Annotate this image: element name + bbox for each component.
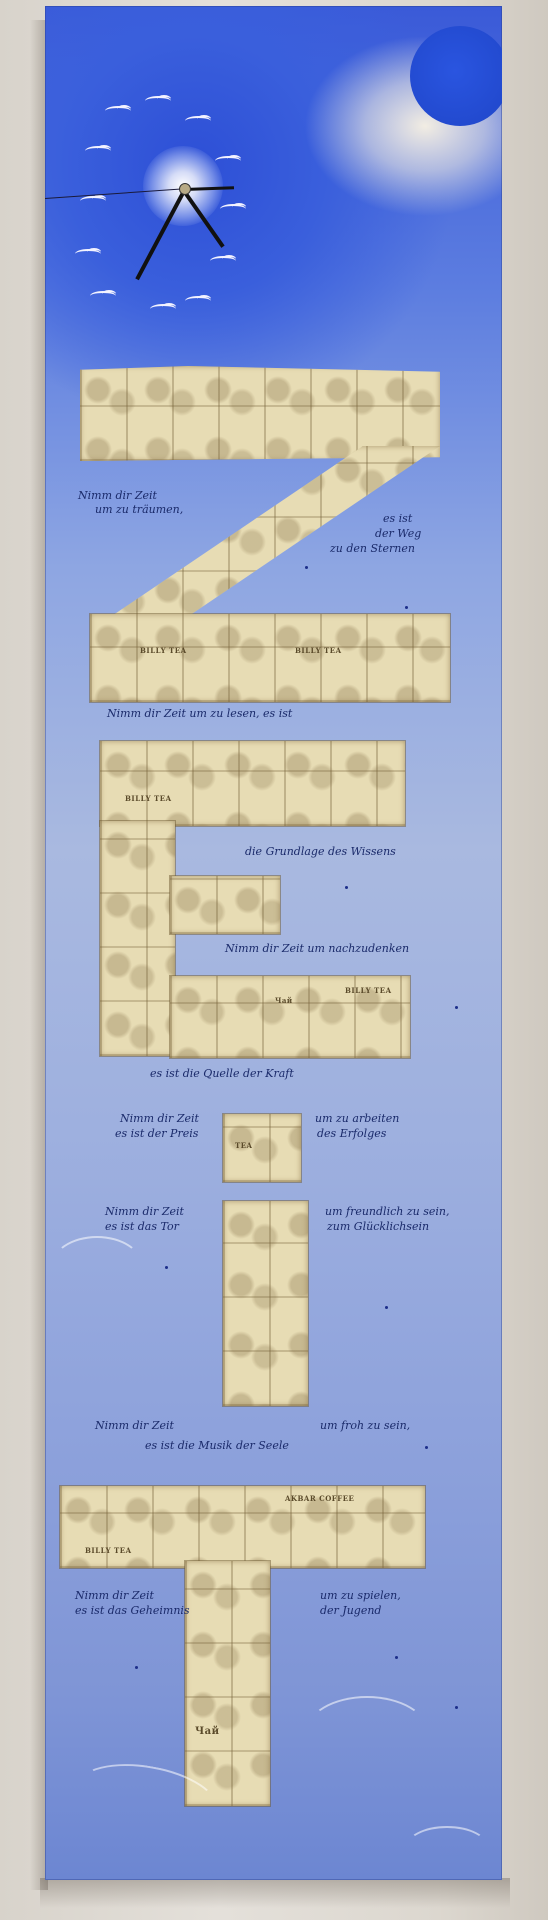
- clock-hub: [179, 183, 191, 195]
- collage-label: Чай: [195, 1726, 220, 1737]
- verse-line: um freundlich zu sein,: [325, 1204, 449, 1219]
- verse-line: Nimm dir Zeit: [95, 1418, 174, 1433]
- swirl-decoration: [305, 1696, 429, 1770]
- letter-i-stem: [223, 1201, 308, 1406]
- verse-line: um zu träumen,: [95, 502, 183, 517]
- verse-line: Nimm dir Zeit: [75, 1588, 154, 1603]
- ink-speck: [425, 1446, 428, 1449]
- letter-e-middle: [170, 876, 280, 934]
- ink-speck: [345, 886, 348, 889]
- collage-label: BILLY TEA: [125, 794, 172, 803]
- verse-line: Nimm dir Zeit: [78, 488, 157, 503]
- verse-line: es ist die Musik der Seele: [145, 1438, 289, 1453]
- ink-speck: [305, 566, 308, 569]
- verse-line: es ist das Tor: [105, 1219, 179, 1234]
- bird-icon: [210, 256, 236, 266]
- collage-label: BILLY TEA: [295, 646, 342, 655]
- verse-line: Nimm dir Zeit um zu lesen, es ist: [107, 706, 292, 721]
- collage-label: BILLY TEA: [85, 1546, 132, 1555]
- letter-e-spine: [100, 821, 175, 1056]
- swirl-decoration: [405, 1826, 489, 1870]
- ink-speck: [405, 606, 408, 609]
- verse-line: des Erfolges: [317, 1126, 386, 1141]
- bird-icon: [85, 146, 111, 156]
- bird-icon: [90, 291, 116, 301]
- verse-line: um zu spielen,: [320, 1588, 401, 1603]
- letter-z-bottom: [90, 614, 450, 702]
- bird-icon: [150, 304, 176, 314]
- letter-t-bar: [60, 1486, 425, 1568]
- bird-icon: [75, 249, 101, 259]
- swirl-decoration: [50, 1236, 144, 1300]
- letter-t-stem: [185, 1561, 270, 1806]
- collage-label: BILLY TEA: [345, 986, 392, 995]
- ink-speck: [165, 1266, 168, 1269]
- verse-line: zu den Sternen: [330, 541, 415, 556]
- bird-icon: [220, 204, 246, 214]
- letter-e-top: [100, 741, 405, 826]
- bird-icon: [80, 196, 106, 206]
- verse-line: Nimm dir Zeit: [120, 1111, 199, 1126]
- collage-label: TEA: [235, 1141, 252, 1150]
- verse-line: der Jugend: [320, 1603, 381, 1618]
- verse-line: um zu arbeiten: [315, 1111, 399, 1126]
- bird-icon: [105, 106, 131, 116]
- verse-line: es ist der Preis: [115, 1126, 198, 1141]
- bird-icon: [145, 96, 171, 106]
- verse-line: zum Glücklichsein: [327, 1219, 429, 1234]
- bird-icon: [185, 116, 211, 126]
- verse-line: es ist die Quelle der Kraft: [150, 1066, 294, 1081]
- verse-line: Nimm dir Zeit um nachzudenken: [225, 941, 409, 956]
- canvas-shadow-bottom: [40, 1878, 510, 1908]
- verse-line: es ist: [383, 511, 412, 526]
- collage-label: BILLY TEA: [140, 646, 187, 655]
- collage-label: AKBAR COFFEE: [285, 1494, 354, 1503]
- ink-speck: [455, 1706, 458, 1709]
- verse-line: es ist das Geheimnis: [75, 1603, 190, 1618]
- verse-line: die Grundlage des Wissens: [245, 844, 396, 859]
- verse-line: um froh zu sein,: [320, 1418, 410, 1433]
- verse-line: Nimm dir Zeit: [105, 1204, 184, 1219]
- ink-speck: [385, 1306, 388, 1309]
- ink-speck: [455, 1006, 458, 1009]
- verse-line: der Weg: [375, 526, 421, 541]
- ink-speck: [135, 1666, 138, 1669]
- painted-canvas: BILLY TEA BILLY TEA BILLY TEA BILLY TEA …: [45, 6, 502, 1880]
- moon-icon: [410, 26, 502, 126]
- collage-label: Чай: [275, 996, 293, 1005]
- ink-speck: [395, 1656, 398, 1659]
- bird-icon: [185, 296, 211, 306]
- bird-icon: [215, 156, 241, 166]
